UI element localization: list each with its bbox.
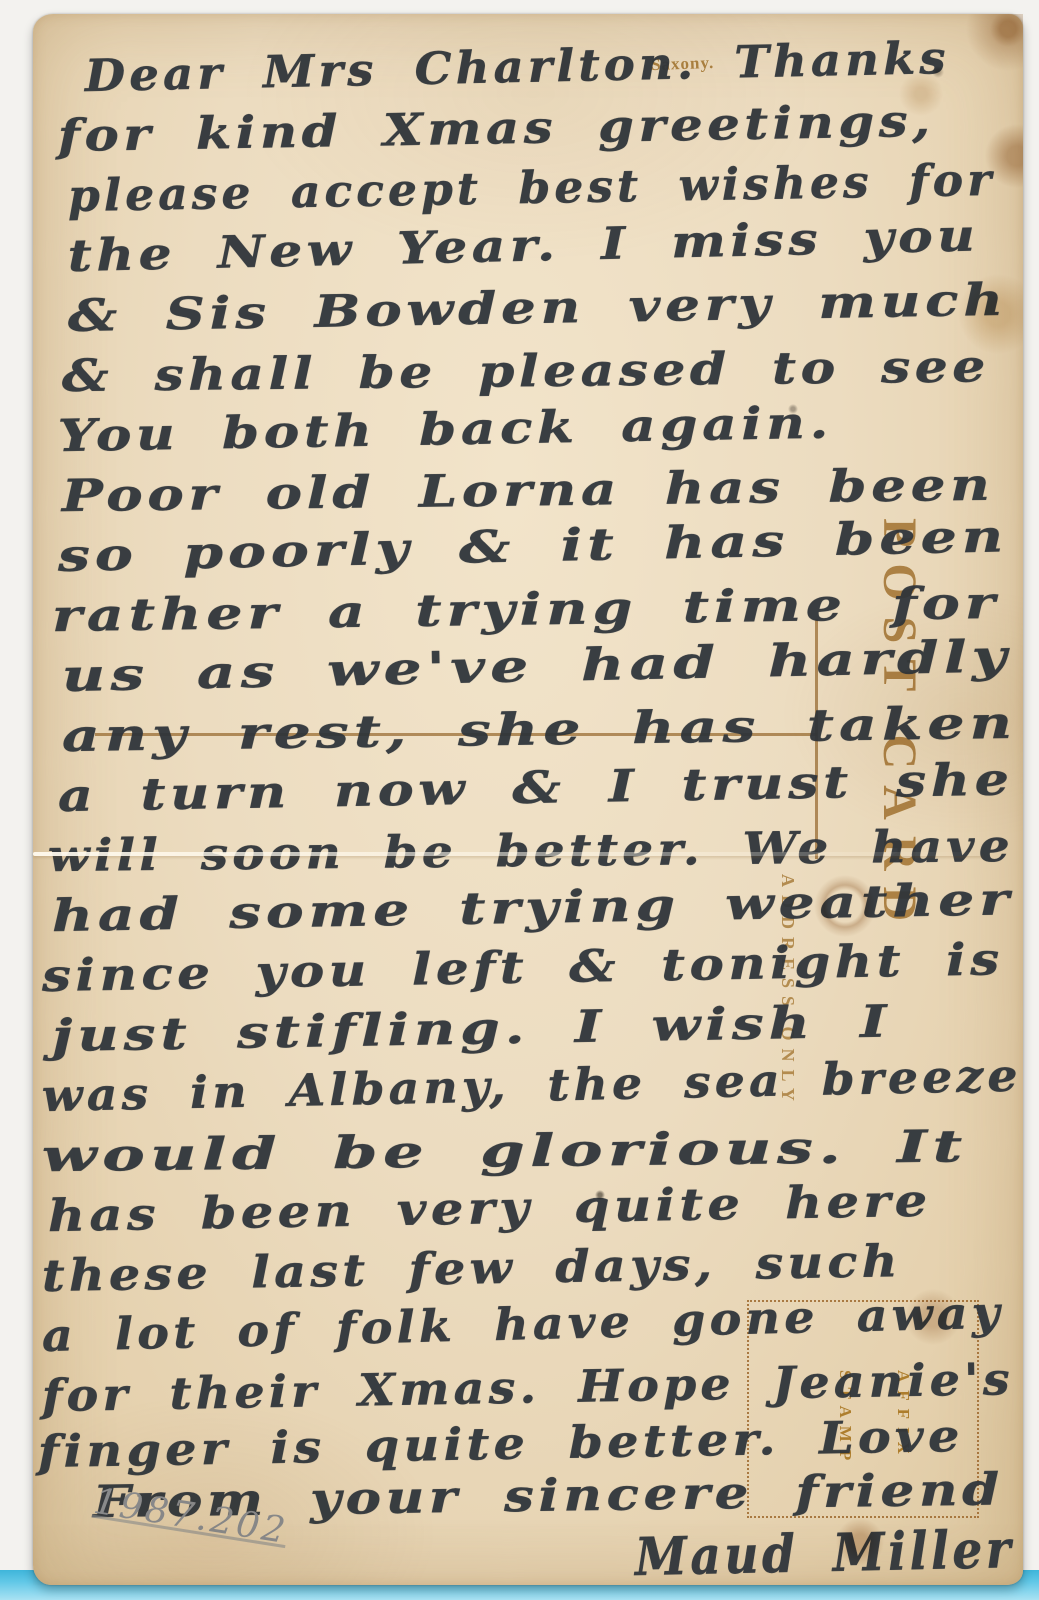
message-line: Dear Mrs Charlton. Thanks (84, 34, 950, 103)
postcard: Saxony. POST CARD ADDRESS ONLY AFFIX STA… (33, 14, 1023, 1585)
message-line: has been very quite here (48, 1177, 933, 1243)
handwritten-message: Dear Mrs Charlton. Thanksfor kind Xmas g… (33, 14, 1023, 1585)
message-line: us as we've had hardly (61, 632, 1012, 702)
message-line: for kind Xmas greetings, (58, 97, 936, 163)
message-line: & Sis Bowden very much (68, 276, 1009, 343)
message-line: a turn now & I trust she (58, 755, 1015, 822)
message-line: so poorly & it has been (57, 512, 1008, 582)
scanner-background: Saxony. POST CARD ADDRESS ONLY AFFIX STA… (0, 0, 1039, 1600)
message-line: would be glorious. It (42, 1122, 968, 1182)
message-line: You both back again. (58, 398, 834, 462)
message-line: & shall be pleased to see (62, 342, 990, 402)
message-line: had some trying weather (52, 875, 1015, 942)
message-line: any rest, she has taken (62, 699, 1018, 763)
message-line: was in Albany, the sea breeze (41, 1051, 1022, 1122)
message-line: just stifling. I wish I (52, 997, 893, 1062)
message-line: Maud Miller (634, 1520, 1014, 1588)
message-line: the New Year. I miss you (67, 211, 980, 282)
message-line: since you left & tonight is (42, 935, 1005, 1002)
message-line: rather a trying time for (52, 579, 1001, 643)
fold-crease (33, 852, 983, 856)
